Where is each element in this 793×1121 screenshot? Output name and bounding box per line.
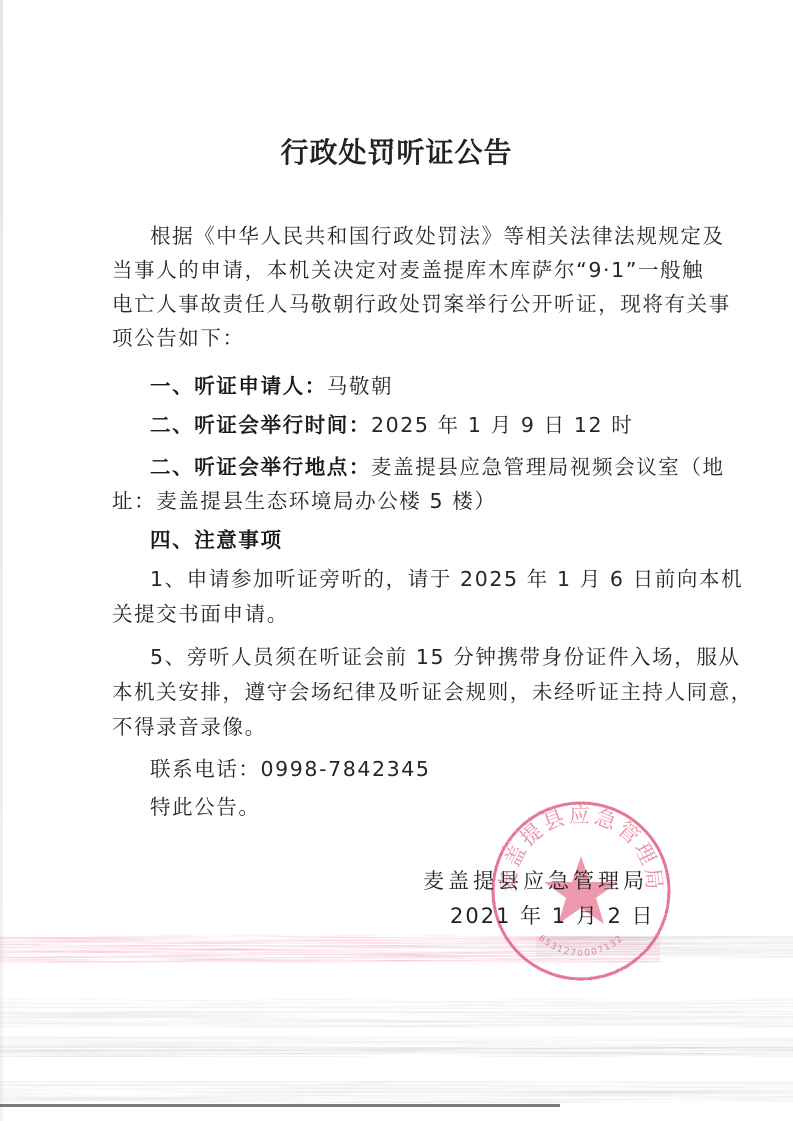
issuer-name: 麦盖提县应急管理局: [423, 865, 648, 895]
intro-line-4: 项公告如下：: [112, 321, 697, 351]
svg-text:6531270007132: 6531270007132: [536, 933, 626, 958]
item-notes-heading: 四、注意事项: [150, 523, 697, 553]
intro-line-3: 电亡人事故责任人马敬朝行政处罚案举行公开听证，现将有关事: [112, 287, 697, 317]
scan-noise: [0, 930, 793, 1121]
note-5-line-3: 不得录音录像。: [112, 710, 697, 740]
item-applicant-label: 一、听证申请人：: [150, 374, 327, 398]
document-title: 行政处罚听证公告: [0, 131, 793, 171]
item-hearing-time-value: 2025 年 1 月 9 日 12 时: [371, 413, 633, 437]
item-hearing-location-continuation: 址：麦盖提县生态环境局办公楼 5 楼）: [112, 484, 697, 514]
issue-date: 2021 年 1 月 2 日: [450, 900, 655, 930]
item-hearing-location-value: 麦盖提县应急管理局视频会议室（地: [371, 455, 725, 479]
intro-line-1: 根据《中华人民共和国行政处罚法》等相关法律法规规定及: [150, 219, 697, 249]
note-1-line-2: 关提交书面申请。: [112, 597, 697, 627]
note-5-line-2: 本机关安排，遵守会场纪律及听证会规则，未经听证主持人同意，: [112, 675, 697, 705]
note-1-line-1: 1、申请参加听证旁听的，请于 2025 年 1 月 6 日前向本机: [150, 562, 697, 592]
item-hearing-location-label: 二、听证会举行地点：: [150, 455, 371, 479]
note-5-line-1: 5、旁听人员须在听证会前 15 分钟携带身份证件入场，服从: [150, 640, 697, 670]
item-applicant: 一、听证申请人：马敬朝: [150, 369, 697, 399]
contact-phone: 联系电话：0998-7842345: [150, 752, 697, 782]
item-hearing-location: 二、听证会举行地点：麦盖提县应急管理局视频会议室（地: [150, 450, 697, 480]
item-hearing-time: 二、听证会举行时间：2025 年 1 月 9 日 12 时: [150, 408, 697, 438]
document-page: 行政处罚听证公告 根据《中华人民共和国行政处罚法》等相关法律法规规定及 当事人的…: [0, 0, 793, 1121]
intro-line-2: 当事人的申请，本机关决定对麦盖提库木库萨尔“9·1”一般触: [112, 253, 697, 283]
seal-code: 6531270007132: [536, 933, 626, 958]
item-applicant-value: 马敬朝: [327, 374, 393, 398]
item-hearing-time-label: 二、听证会举行时间：: [150, 413, 371, 437]
